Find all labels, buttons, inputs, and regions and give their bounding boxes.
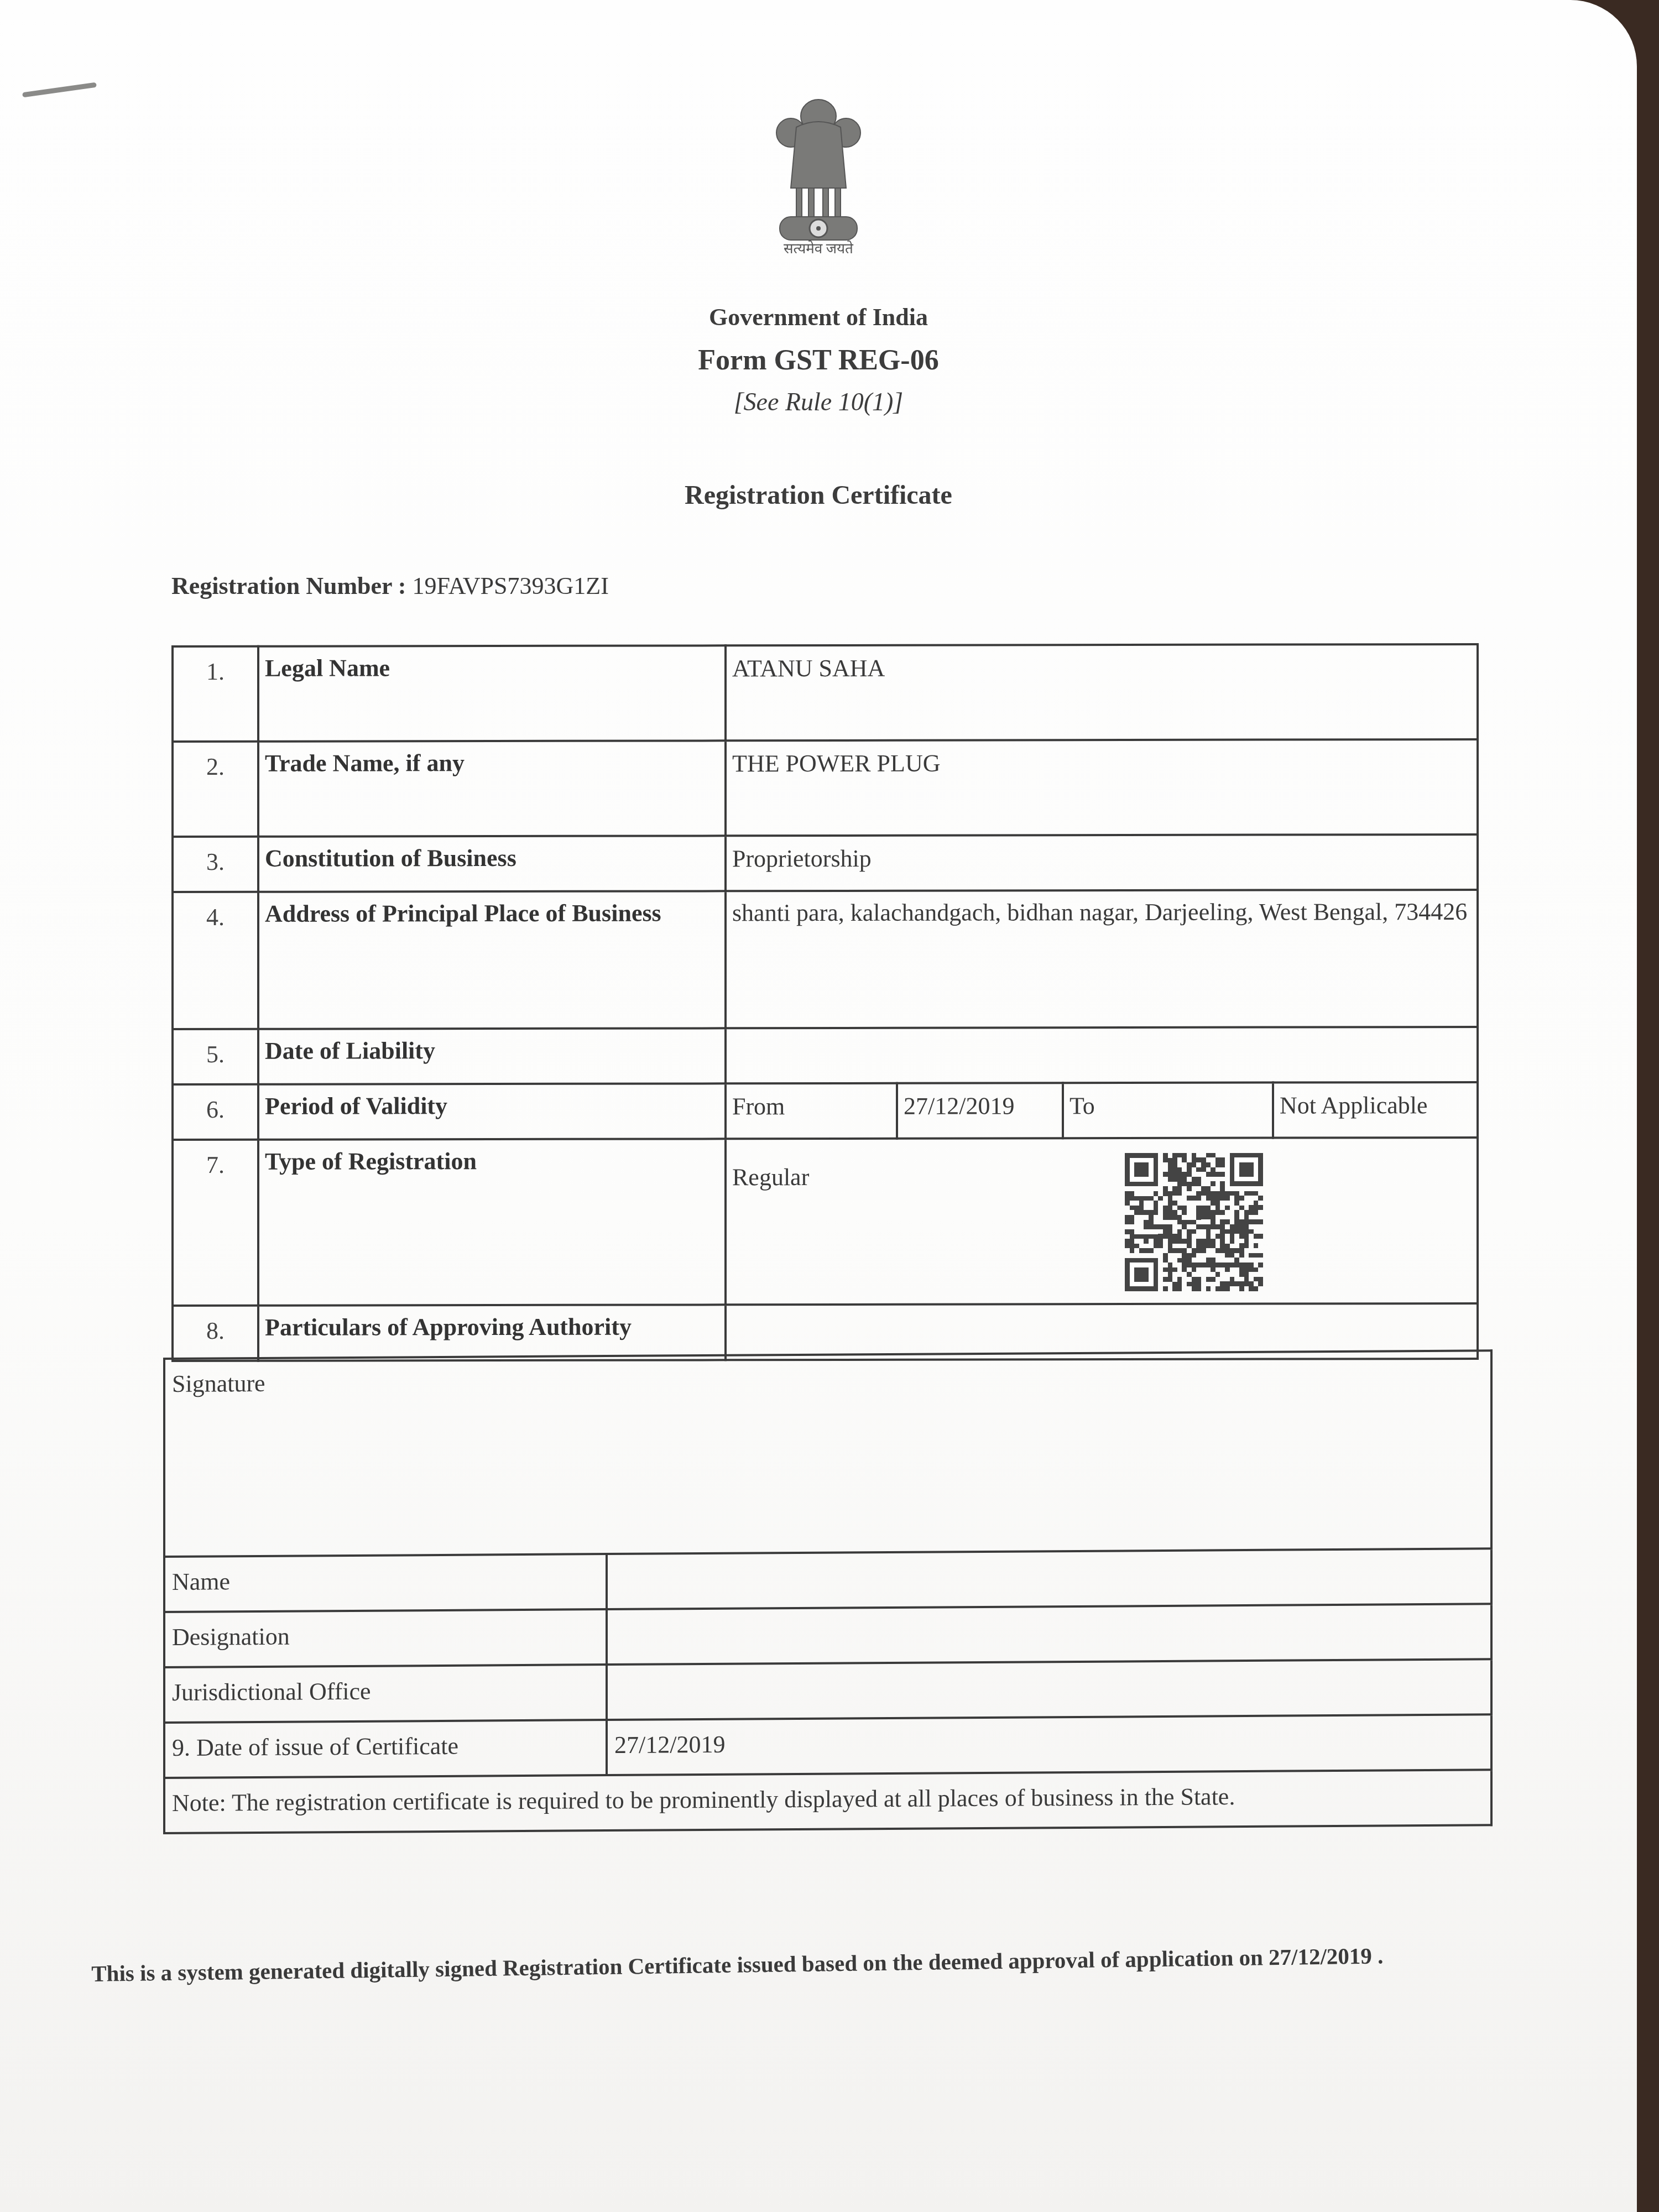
registration-number: Registration Number : 19FAVPS7393G1ZI [171,572,609,600]
table-row: 4. Address of Principal Place of Busines… [173,890,1478,1029]
table-row: 6. Period of Validity From 27/12/2019 To… [173,1082,1478,1140]
government-title: Government of India [0,303,1637,331]
row-label: Constitution of Business [258,836,726,891]
registration-number-value: 19FAVPS7393G1ZI [412,572,608,599]
emblem-motto: सत्यमेव जयते [763,238,874,258]
validity-to-value: Not Applicable [1273,1082,1478,1138]
name-value [607,1548,1491,1609]
registration-number-label: Registration Number : [171,572,406,599]
row-label: Period of Validity [258,1083,726,1139]
row-number: 4. [173,892,258,1029]
row-label: Trade Name, if any [258,740,726,836]
row-number: 7. [173,1140,258,1306]
registration-type-value: Regular [732,1162,1471,1191]
table-row: Designation [164,1604,1491,1667]
designation-label: Designation [164,1609,607,1667]
row-label: Date of Liability [258,1028,726,1084]
table-row: Signature [164,1350,1491,1557]
row-number: 2. [173,742,258,837]
rule-reference: [See Rule 10(1)] [0,387,1637,416]
certificate-title: Registration Certificate [0,480,1637,510]
system-generated-statement: This is a system generated digitally sig… [91,1942,1384,1987]
form-title: Form GST REG-06 [0,344,1637,377]
certificate-page: सत्यमेव जयते Government of India Form GS… [0,0,1637,2212]
signature-field: Signature [164,1350,1491,1557]
table-row: Name [164,1548,1491,1612]
validity-from-label: From [726,1083,897,1139]
staple-mark [22,82,97,98]
table-row: Note: The registration certificate is re… [164,1770,1491,1833]
table-row: Jurisdictional Office [164,1659,1491,1723]
jurisdictional-office-value [607,1659,1491,1720]
row-label: Address of Principal Place of Business [258,891,726,1029]
qr-code-icon [1125,1150,1263,1294]
table-row: 3. Constitution of Business Proprietorsh… [173,834,1478,892]
validity-from-value: 27/12/2019 [897,1083,1063,1139]
liability-date-value [726,1027,1478,1083]
issue-date-value: 27/12/2019 [607,1714,1491,1775]
designation-value [607,1604,1491,1665]
row-number: 6. [173,1084,258,1140]
legal-name-value: ATANU SAHA [726,644,1478,740]
table-row: 7. Type of Registration Regular [173,1138,1478,1306]
row-number: 1. [173,646,258,742]
address-value: shanti para, kalachandgach, bidhan nagar… [726,890,1478,1028]
details-table: 1. Legal Name ATANU SAHA 2. Trade Name, … [171,643,1479,1362]
row-number: 5. [173,1029,258,1084]
issue-date-label: 9. Date of issue of Certificate [164,1720,607,1778]
constitution-value: Proprietorship [726,834,1478,891]
row-number: 3. [173,837,258,892]
row-label: Legal Name [258,645,726,741]
display-note: Note: The registration certificate is re… [164,1770,1491,1833]
row-number: 8. [173,1306,258,1361]
table-row: 2. Trade Name, if any THE POWER PLUG [173,739,1478,837]
row-label: Type of Registration [258,1139,726,1305]
name-label: Name [164,1554,607,1612]
national-emblem-icon [763,94,874,249]
registration-type-cell: Regular [726,1138,1478,1305]
table-row: 5. Date of Liability [173,1027,1478,1084]
row-label: Particulars of Approving Authority [258,1305,726,1360]
jurisdictional-office-label: Jurisdictional Office [164,1665,607,1723]
authority-table: Signature Name Designation Jurisdictiona… [163,1349,1493,1834]
table-row: 9. Date of issue of Certificate 27/12/20… [164,1714,1491,1778]
trade-name-value: THE POWER PLUG [726,739,1478,836]
validity-to-label: To [1063,1083,1273,1139]
table-row: 1. Legal Name ATANU SAHA [173,644,1478,742]
